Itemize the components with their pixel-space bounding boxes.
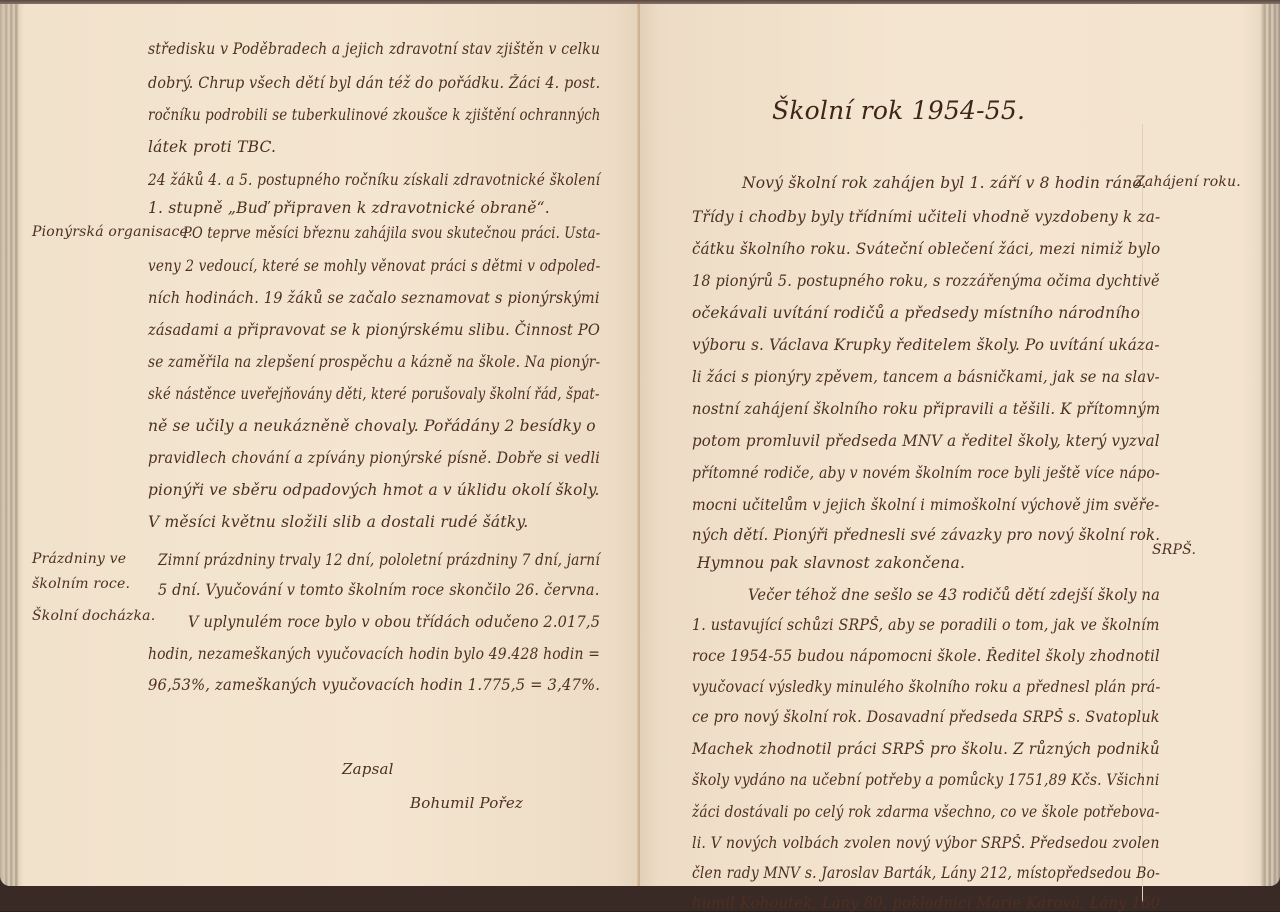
- text-line: 1. ustavující schůzi SRPŠ, aby se poradi…: [692, 616, 1160, 634]
- signature-name: Bohumil Pořez: [410, 794, 523, 812]
- text-line: vyučovací výsledky minulého školního rok…: [692, 678, 1160, 696]
- margin-note: Pionýrská organisace.: [32, 224, 193, 240]
- text-line: látek proti TBC.: [148, 138, 276, 156]
- margin-note: Zahájení roku.: [1135, 174, 1241, 190]
- margin-note: Prázdniny ve: [32, 551, 126, 567]
- text-line: veny 2 vedoucí, které se mohly věnovat p…: [148, 257, 600, 275]
- text-line: očekávali uvítání rodičů a předsedy míst…: [692, 304, 1140, 322]
- text-line: humil Kohoutek, Lány 80, pokladnicí Mari…: [692, 894, 1160, 911]
- text-line: dobrý. Chrup všech dětí byl dán též do p…: [148, 74, 600, 92]
- text-line: ně se učily a neukázněně chovaly. Pořádá…: [148, 417, 596, 435]
- text-line: 18 pionýrů 5. postupného roku, s rozzáře…: [692, 272, 1160, 290]
- text-line: přítomné rodiče, aby v novém školním roc…: [692, 464, 1160, 482]
- text-line: Večer téhož dne sešlo se 43 rodičů dětí …: [748, 586, 1160, 604]
- text-line: čátku školního roku. Sváteční oblečení ž…: [692, 240, 1160, 258]
- text-line: Zimní prázdniny trvaly 12 dní, pololetní…: [158, 551, 600, 569]
- text-line: ných dětí. Pionýři přednesli své závazky…: [692, 526, 1160, 544]
- text-line: 5 dní. Vyučování v tomto školním roce sk…: [158, 581, 599, 599]
- text-line: hodin, nezameškaných vyučovacích hodin b…: [148, 645, 600, 663]
- text-line: zásadami a připravovat se k pionýrskému …: [148, 321, 600, 339]
- text-line: Nový školní rok zahájen byl 1. září v 8 …: [742, 174, 1147, 192]
- text-line: pionýři ve sběru odpadových hmot a v úkl…: [148, 481, 600, 499]
- text-line: ních hodinách. 19 žáků se začalo seznamo…: [148, 289, 600, 307]
- text-line: nostní zahájení školního roku připravili…: [692, 400, 1160, 418]
- text-line: se zaměřila na zlepšení prospěchu a kázn…: [148, 353, 600, 371]
- text-line: ce pro nový školní rok. Dosavadní předse…: [692, 708, 1160, 726]
- text-line: mocni učitelům v jejich školní i mimoško…: [692, 496, 1160, 514]
- text-line: 96,53%, zameškaných vyučovacích hodin 1.…: [148, 676, 600, 694]
- text-line: 24 žáků 4. a 5. postupného ročníku získa…: [148, 171, 600, 189]
- text-line: ročníku podrobili se tuberkulinové zkouš…: [148, 106, 601, 124]
- text-line: člen rady MNV s. Jaroslav Barták, Lány 2…: [692, 864, 1160, 882]
- text-line: Machek zhodnotil práci SRPŠ pro školu. Z…: [692, 740, 1160, 758]
- text-line: V měsíci květnu složili slib a dostali r…: [148, 513, 528, 531]
- text-line: ské nástěnce uveřejňovány děti, které po…: [148, 385, 600, 403]
- text-line: li žáci s pionýry zpěvem, tancem a básni…: [692, 368, 1160, 386]
- text-line: školy vydáno na učební potřeby a pomůcky…: [692, 771, 1159, 789]
- right-page: Školní rok 1954-55. Zahájení roku.SRPŠ. …: [640, 4, 1280, 886]
- text-line: li. V nových volbách zvolen nový výbor S…: [692, 834, 1160, 852]
- text-line: potom promluvil předseda MNV a ředitel š…: [692, 432, 1160, 450]
- text-line: PO teprve měsíci březnu zahájila svou sk…: [183, 224, 600, 242]
- text-line: Třídy i chodby byly třídními učiteli vho…: [692, 208, 1160, 226]
- text-line: Hymnou pak slavnost zakončena.: [697, 554, 965, 572]
- left-page: Pionýrská organisace.Prázdniny veškolním…: [0, 4, 640, 886]
- text-line: středisku v Poděbradech a jejich zdravot…: [148, 40, 600, 58]
- open-chronicle-book: Pionýrská organisace.Prázdniny veškolním…: [0, 0, 1280, 911]
- margin-note: školním roce.: [32, 576, 130, 592]
- text-line: V uplynulém roce bylo v obou třídách odu…: [188, 613, 600, 631]
- margin-note: Školní docházka.: [32, 608, 155, 624]
- page-title: Školní rok 1954-55.: [772, 96, 1025, 125]
- text-line: žáci dostávali po celý rok zdarma všechn…: [692, 803, 1160, 821]
- text-line: roce 1954-55 budou nápomocni škole. Ředi…: [692, 647, 1160, 665]
- margin-note: SRPŠ.: [1152, 542, 1196, 558]
- signature-label: Zapsal: [342, 760, 394, 778]
- text-line: výboru s. Václava Krupky ředitelem školy…: [692, 336, 1160, 354]
- text-line: 1. stupně „Buď připraven k zdravotnické …: [148, 199, 550, 217]
- text-line: pravidlech chování a zpívány pionýrské p…: [148, 449, 600, 467]
